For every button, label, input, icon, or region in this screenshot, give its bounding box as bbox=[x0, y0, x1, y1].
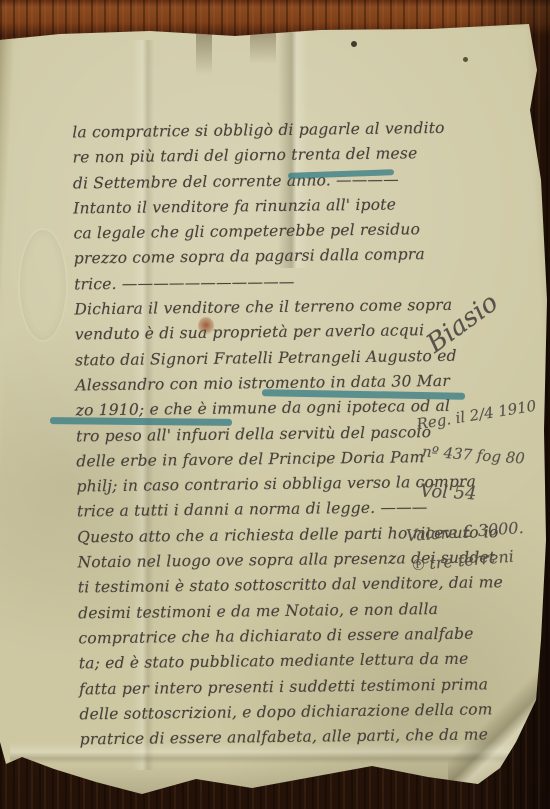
handwritten-line: pratrice di essere analfabeta, alle part… bbox=[80, 723, 480, 753]
top-edge-stain bbox=[196, 29, 212, 75]
embossed-seal-mark bbox=[18, 228, 68, 342]
ink-dot bbox=[351, 41, 357, 47]
handwritten-body-text: la compratrice si obbligò di pagarle al … bbox=[72, 116, 480, 753]
margin-volume-note: Vol 54 bbox=[419, 481, 477, 505]
handwritten-line: re non più tardi del giorno trenta del m… bbox=[72, 141, 472, 171]
ink-dot bbox=[463, 57, 468, 62]
document-paper: la compratrice si obbligò di pagarle al … bbox=[0, 0, 550, 809]
handwritten-line: prezzo come sopra da pagarsi dalla compr… bbox=[74, 242, 474, 272]
photo-of-document-on-wooden-table: la compratrice si obbligò di pagarle al … bbox=[0, 0, 550, 809]
top-edge-stain bbox=[250, 30, 276, 64]
